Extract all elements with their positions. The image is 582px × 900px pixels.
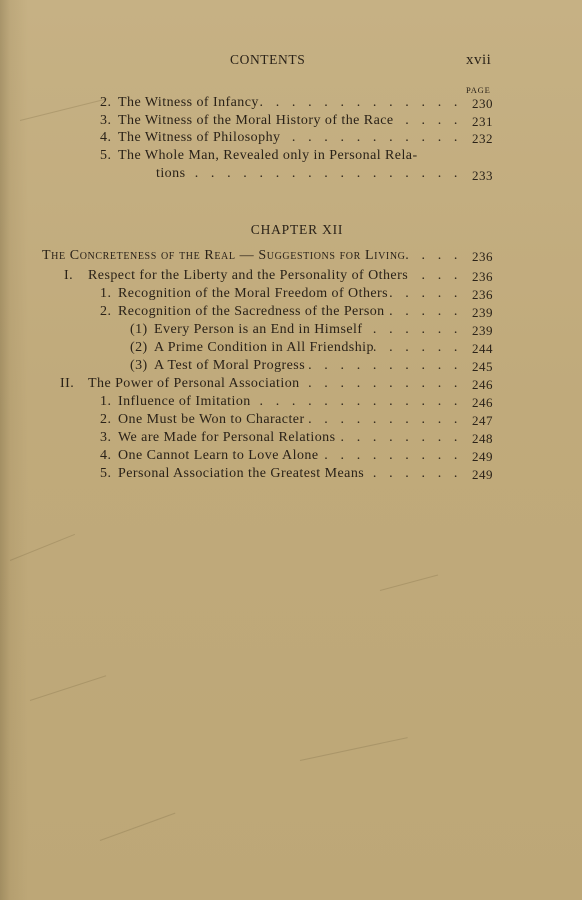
paper-scratch xyxy=(380,574,438,590)
section-entry[interactable]: II. The Power of Personal Association . … xyxy=(60,375,462,393)
entry-title: One Cannot Learn to Love Alone xyxy=(118,447,319,465)
dot-leader: . . . . . . . . . . . . . . . . . . . . … xyxy=(374,339,462,357)
entry-title: The Whole Man, Revealed only in Personal… xyxy=(118,147,418,165)
entry-title: The Witness of Infancy xyxy=(118,94,259,112)
entry-number: 4. xyxy=(100,447,118,465)
toc-subentry[interactable]: (3) A Test of Moral Progress . . . . . .… xyxy=(130,357,462,375)
entry-title: The Witness of Philosophy xyxy=(118,129,280,147)
book-page: CONTENTS xvii PAGE 2. The Witness of Inf… xyxy=(0,0,582,900)
subentry-number: (2) xyxy=(130,339,154,357)
entry-title: We are Made for Personal Relations xyxy=(118,429,336,447)
subentry-page: 239 xyxy=(472,322,493,340)
entry-number: 1. xyxy=(100,393,118,411)
entry-title-continuation: tions xyxy=(156,165,185,183)
toc-entry[interactable]: 2. Recognition of the Sacredness of the … xyxy=(100,303,462,321)
toc-entry[interactable]: 1. Recognition of the Moral Freedom of O… xyxy=(100,285,462,303)
section-title: Respect for the Liberty and the Personal… xyxy=(88,267,408,285)
entry-title: The Witness of the Moral History of the … xyxy=(118,112,394,130)
entry-page: 249 xyxy=(472,448,493,466)
subentry-number: (3) xyxy=(130,357,154,375)
entry-number: 1. xyxy=(100,285,118,303)
toc-subentry[interactable]: (1) Every Person is an End in Himself . … xyxy=(130,321,462,339)
paper-scratch xyxy=(300,737,408,761)
dot-leader: . . . . . . . . . . . . . . . . . . . . … xyxy=(388,285,462,303)
dot-leader: . . . . . . . . . . . . . . . . . . . . … xyxy=(363,321,463,339)
paper-scratch xyxy=(10,534,75,561)
entry-page: 231 xyxy=(472,113,493,131)
toc-entry-continuation[interactable]: tions . . . . . . . . . . . . . . . . . … xyxy=(156,165,462,183)
entry-title: Influence of Imitation xyxy=(118,393,251,411)
entry-page: 248 xyxy=(472,430,493,448)
running-title: CONTENTS xyxy=(230,52,305,68)
entry-number: 2. xyxy=(100,94,118,112)
entry-title: Recognition of the Moral Freedom of Othe… xyxy=(118,285,388,303)
toc-entry[interactable]: 3. We are Made for Personal Relations . … xyxy=(100,429,462,447)
entry-page: 232 xyxy=(472,130,493,148)
dot-leader: . . . . . . . . . . . . . . . . . . . . … xyxy=(364,465,462,483)
page-number: xvii xyxy=(466,52,491,69)
subentry-title: A Prime Condition in All Friendship xyxy=(154,339,374,357)
dot-leader: . . . . . . . . . . . . . . . . . . . . … xyxy=(408,267,462,285)
dot-leader: . . . . . . . . . . . . . . . . . . . . … xyxy=(305,411,462,429)
paper-scratch xyxy=(20,98,108,121)
toc-entry[interactable]: 4. One Cannot Learn to Love Alone . . . … xyxy=(100,447,462,465)
entry-page: 239 xyxy=(472,304,493,322)
running-head: CONTENTS xvii xyxy=(0,52,582,72)
paper-scratch xyxy=(100,813,176,841)
toc-entry[interactable]: 5. Personal Association the Greatest Mea… xyxy=(100,465,462,483)
subentry-page: 244 xyxy=(472,340,493,358)
entry-title: Personal Association the Greatest Means xyxy=(118,465,364,483)
entry-number: 3. xyxy=(100,112,118,130)
subentry-number: (1) xyxy=(130,321,154,339)
entry-page: 246 xyxy=(472,394,493,412)
entry-page: 247 xyxy=(472,412,493,430)
section-number: I. xyxy=(64,267,88,285)
toc-entry[interactable]: 4. The Witness of Philosophy . . . . . .… xyxy=(100,129,462,147)
dot-leader: . . . . . . . . . . . . . . . . . . . . … xyxy=(185,165,462,183)
entry-page: 249 xyxy=(472,466,493,484)
toc-entry[interactable]: 1. Influence of Imitation . . . . . . . … xyxy=(100,393,462,411)
section-page: 236 xyxy=(472,268,493,286)
entry-page: 236 xyxy=(472,286,493,304)
entry-number: 2. xyxy=(100,303,118,321)
page-column-label: PAGE xyxy=(466,85,491,95)
section-page: 246 xyxy=(472,376,493,394)
entry-title: One Must be Won to Character xyxy=(118,411,305,429)
section-entry[interactable]: I. Respect for the Liberty and the Perso… xyxy=(64,267,462,285)
entry-number: 3. xyxy=(100,429,118,447)
chapter-title-entry[interactable]: The Concreteness of the Real — Suggestio… xyxy=(42,247,462,265)
chapter-title: The Concreteness of the Real — Suggestio… xyxy=(42,247,405,265)
toc-entry[interactable]: 2. One Must be Won to Character . . . . … xyxy=(100,411,462,429)
subentry-title: Every Person is an End in Himself xyxy=(154,321,363,339)
dot-leader: . . . . . . . . . . . . . . . . . . . . … xyxy=(280,129,462,147)
dot-leader: . . . . . . . . . . . . . . . . . . . . … xyxy=(385,303,462,321)
entry-page: 230 xyxy=(472,95,493,113)
subentry-page: 245 xyxy=(472,358,493,376)
section-title: The Power of Personal Association xyxy=(88,375,300,393)
dot-leader: . . . . . . . . . . . . . . . . . . . . … xyxy=(394,112,462,130)
toc-entry[interactable]: 3. The Witness of the Moral History of t… xyxy=(100,112,462,130)
paper-scratch xyxy=(30,675,106,701)
dot-leader: . . . . . . . . . . . . . . . . . . . . … xyxy=(305,357,462,375)
dot-leader: . . . . . . . . . . . . . . . . . . . . … xyxy=(336,429,463,447)
entry-number: 2. xyxy=(100,411,118,429)
toc-entry[interactable]: 2. The Witness of Infancy . . . . . . . … xyxy=(100,94,462,112)
dot-leader: . . . . . . . . . . . . . . . . . . . . … xyxy=(300,375,462,393)
entry-title: Recognition of the Sacredness of the Per… xyxy=(118,303,385,321)
subentry-title: A Test of Moral Progress xyxy=(154,357,305,375)
entry-number: 5. xyxy=(100,147,118,165)
entry-number: 5. xyxy=(100,465,118,483)
chapter-heading: CHAPTER XII xyxy=(0,222,582,238)
entry-page: 233 xyxy=(472,167,493,185)
toc-entry[interactable]: 5. The Whole Man, Revealed only in Perso… xyxy=(100,147,480,165)
dot-leader: . . . . . . . . . . . . . . . . . . . . … xyxy=(319,447,462,465)
dot-leader: . . . . . . . . . . . . . . . . . . . . … xyxy=(251,393,462,411)
toc-subentry[interactable]: (2) A Prime Condition in All Friendship … xyxy=(130,339,462,357)
dot-leader: . . . . . . . . . . . . . . . . . . . . … xyxy=(259,94,462,112)
section-number: II. xyxy=(60,375,88,393)
chapter-page: 236 xyxy=(472,248,493,266)
dot-leader: . . . . . . . . . . . . . . . . . . . . … xyxy=(405,247,462,265)
entry-number: 4. xyxy=(100,129,118,147)
